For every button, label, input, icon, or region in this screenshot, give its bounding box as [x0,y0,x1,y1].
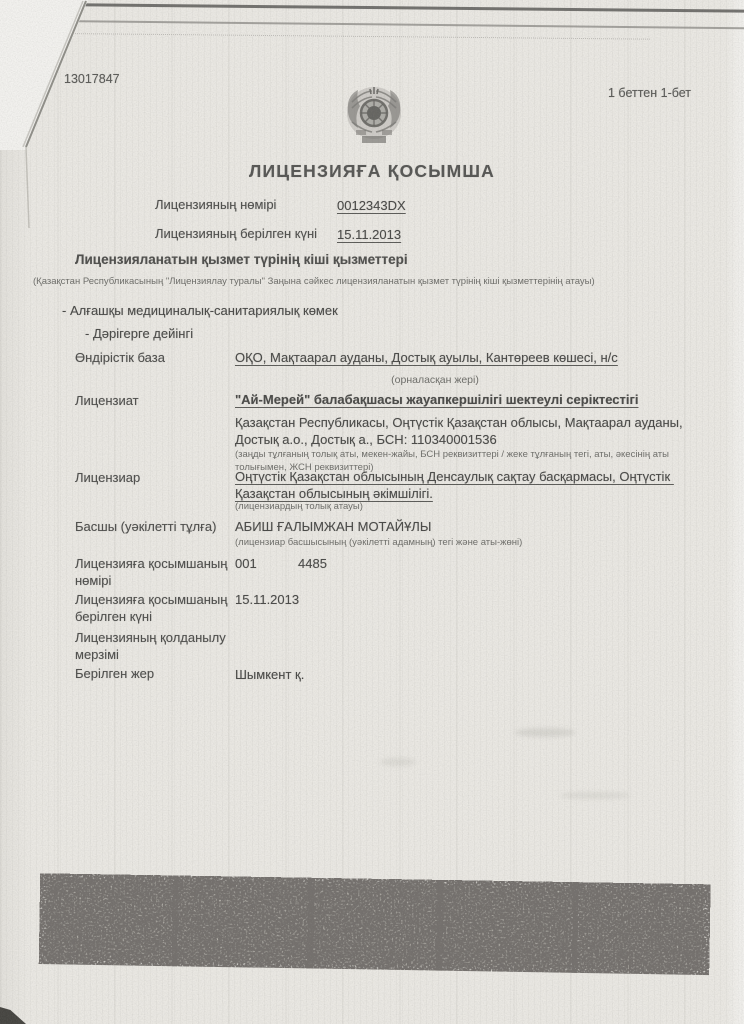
scan-top-edge-line [50,3,744,13]
scan-top-edge-line-2 [54,20,744,29]
license-date-value: 15.11.2013 [337,227,401,242]
supplement-number-value-2: 4485 [298,556,327,571]
licensee-details: Қазақстан Республикасы, Оңтүстік Қазақст… [235,415,713,449]
subservice-item-2: - Дәрігерге дейінгі [85,326,193,341]
issue-place-value: Шымкент қ. [235,667,304,682]
subservices-heading: Лицензияланатын қызмет түрінің кіші қызм… [75,252,408,267]
scanned-license-document: 13017847 1 беттен 1-бет ЛИЦЕНЗИЯҒА ҚОСЫМ… [0,0,744,1024]
datamatrix-barcode-strip [38,872,712,980]
head-person-value: АБИШ ҒАЛЫМЖАН МОТАЙҰЛЫ [235,519,431,534]
licensee-name: "Ай-Мерей" балабақшасы жауапкершілігі ше… [235,392,705,407]
scan-smudge [515,728,575,737]
barcode-block [46,878,172,962]
barcode-block [442,885,571,969]
licensee-label: Лицензиат [75,393,139,408]
supplement-date-label: Лицензияға қосымшаның берілген күні [75,592,253,626]
barcode-block [578,887,703,971]
scan-bottom-left-corner [0,1004,26,1024]
barcode-block [179,880,308,964]
scan-smudge [560,792,630,799]
license-date-label: Лицензияның берілген күні [155,226,317,241]
license-number-label: Лицензияның нөмірі [155,197,276,212]
scan-number: 13017847 [64,72,120,86]
document-title: ЛИЦЕНЗИЯҒА ҚОСЫМША [0,161,744,182]
scan-smudge [380,758,416,766]
licensor-note: (лицензиардың толық атауы) [235,501,363,512]
validity-label: Лицензияның қолданылу мерзімі [75,630,253,664]
barcode-block [314,883,437,967]
license-number-value: 0012343DX [337,198,406,213]
supplement-number-label: Лицензияға қосымшаның нөмірі [75,556,253,590]
kazakhstan-coat-of-arms-icon [342,82,406,150]
scan-top-dotted-line [60,33,650,40]
head-person-label: Басшы (уәкілетті тұлға) [75,519,216,534]
licensor-value: Оңтүстік Қазақстан облысының Денсаулық с… [235,469,707,503]
supplement-number-value-1: 001 [235,556,257,571]
production-base-label: Өндірістік база [75,350,165,365]
head-person-note: (лицензиар басшысының (уәкілетті адамның… [235,537,522,548]
issue-place-label: Берілген жер [75,666,154,681]
subservice-item-1: - Алғашқы медициналық-санитариялық көмек [62,303,338,318]
production-base-value: ОҚО, Мақтаарал ауданы, Достық ауылы, Кан… [235,350,705,365]
production-base-note: (орналасқан жері) [235,374,635,386]
supplement-date-value: 15.11.2013 [235,592,299,607]
page-indicator: 1 беттен 1-бет [608,86,691,100]
page-corner-fold [0,0,120,230]
subservices-note: (Қазақстан Республикасының "Лицензиялау … [33,276,705,287]
licensor-label: Лицензиар [75,470,140,485]
